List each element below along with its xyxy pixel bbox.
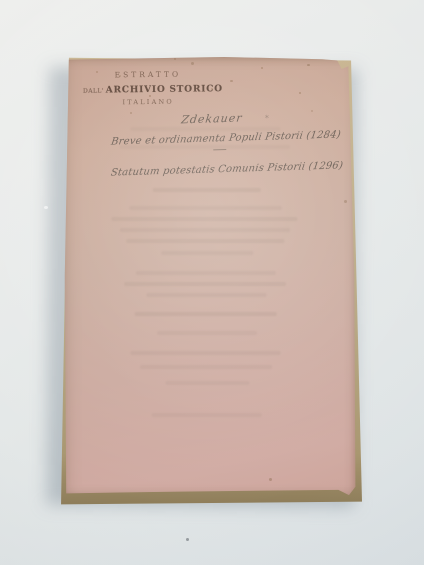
foxing-speck xyxy=(174,58,176,60)
ghost-line xyxy=(140,365,272,369)
foxing-speck xyxy=(344,200,347,203)
foxing-speck xyxy=(191,62,194,65)
separator-dash xyxy=(213,149,226,151)
foxing-speck xyxy=(307,64,310,66)
ghost-line xyxy=(111,217,297,221)
printed-line-archivio-storico: DALL'ARCHIVIO STORICO xyxy=(83,84,213,95)
handwriting-title-1: Breve et ordinamenta Populi Pistorii (12… xyxy=(84,129,367,149)
foxing-speck xyxy=(299,92,301,94)
surface-speck xyxy=(44,206,48,209)
handwriting-title-2: Statutum potestatis Comunis Pistorii (12… xyxy=(85,160,368,180)
asterisk-mark: * xyxy=(265,114,269,123)
book-cover: ESTRATTO DALL'ARCHIVIO STORICO ITALIANO … xyxy=(63,57,356,496)
ghost-line xyxy=(130,351,280,355)
photo-surface: ESTRATTO DALL'ARCHIVIO STORICO ITALIANO … xyxy=(0,0,424,565)
foxing-speck xyxy=(230,80,233,82)
ghost-line xyxy=(165,381,249,385)
handwriting-author-row: Zdekauer* xyxy=(84,103,366,131)
printed-prefix-dall: DALL' xyxy=(83,87,104,94)
ghost-line xyxy=(126,239,284,243)
printed-line-estratto: ESTRATTO xyxy=(83,69,213,79)
ghost-line xyxy=(119,228,289,232)
ghost-line xyxy=(135,271,275,275)
printed-main-archivio-storico: ARCHIVIO STORICO xyxy=(106,84,223,95)
ghost-line xyxy=(134,312,276,316)
foxing-speck xyxy=(269,478,272,481)
handwriting-author: Zdekauer xyxy=(181,111,244,126)
printed-line-italiano: ITALIANO xyxy=(83,97,213,106)
handwriting-block: Zdekauer* Breve et ordinamenta Populi Pi… xyxy=(84,103,368,180)
surface-speck xyxy=(186,538,189,541)
ghost-line xyxy=(146,293,266,297)
foxing-speck xyxy=(261,67,263,69)
ghost-line xyxy=(161,251,253,255)
ghost-line xyxy=(152,188,260,192)
ghost-line xyxy=(157,331,257,335)
printed-header: ESTRATTO DALL'ARCHIVIO STORICO ITALIANO xyxy=(83,69,213,106)
ghost-line xyxy=(151,413,261,417)
ghost-line xyxy=(129,206,281,210)
ghost-line xyxy=(124,282,286,286)
